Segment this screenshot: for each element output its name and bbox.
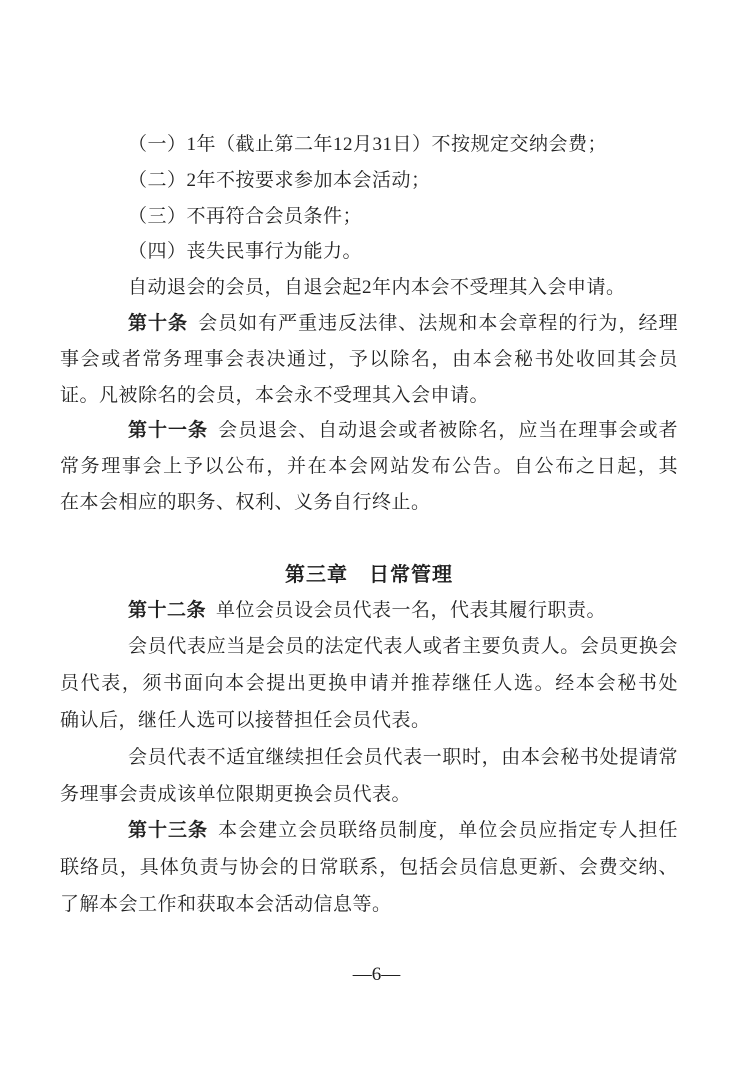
article-10-paragraph: 第十条会员如有严重违反法律、法规和本会章程的行为，经理 事会或者常务理事会表决通… <box>60 306 678 413</box>
clause-item-3: （三）不再符合会员条件； <box>60 199 678 235</box>
clause-item-2: （二）2年不按要求参加本会活动； <box>60 163 678 199</box>
text-line: 第十二条单位会员设会员代表一名，代表其履行职责。 <box>60 593 678 630</box>
article-10-term: 第十条 <box>128 313 188 334</box>
article-11-term: 第十一条 <box>128 420 208 441</box>
text-line: 在本会相应的职务、权利、义务自行终止。 <box>60 485 678 521</box>
section-daily-management: 第十二条单位会员设会员代表一名，代表其履行职责。 会员代表应当是会员的法定代表人… <box>60 593 678 924</box>
text-line: （三）不再符合会员条件； <box>60 199 678 235</box>
text-line: （四）丧失民事行为能力。 <box>60 234 678 270</box>
document-page: （一）1年（截止第二年12月31日）不按规定交纳会费； （二）2年不按要求参加本… <box>0 0 753 1065</box>
text-line: 常务理事会上予以公布，并在本会网站发布公告。自公布之日起，其 <box>60 449 678 485</box>
paragraph-member-representative: 会员代表应当是会员的法定代表人或者主要负责人。会员更换会 员代表，须书面向本会提… <box>60 629 678 739</box>
clause-item-1: （一）1年（截止第二年12月31日）不按规定交纳会费； <box>60 127 678 163</box>
text-line: 了解本会工作和获取本会活动信息等。 <box>60 887 678 924</box>
article-11-paragraph: 第十一条会员退会、自动退会或者被除名，应当在理事会或者 常务理事会上予以公布，并… <box>60 413 678 520</box>
text-line: （一）1年（截止第二年12月31日）不按规定交纳会费； <box>60 127 678 163</box>
chapter-3-heading: 第三章 日常管理 <box>60 557 678 593</box>
text-line: 自动退会的会员，自退会起2年内本会不受理其入会申请。 <box>60 270 678 306</box>
paragraph-representative-replacement: 会员代表不适宜继续担任会员代表一职时，由本会秘书处提请常 务理事会责成该单位限期… <box>60 740 678 814</box>
text-line: 会员代表应当是会员的法定代表人或者主要负责人。会员更换会 <box>60 629 678 666</box>
section-membership-termination: （一）1年（截止第二年12月31日）不按规定交纳会费； （二）2年不按要求参加本… <box>60 127 678 521</box>
text-line: （二）2年不按要求参加本会活动； <box>60 163 678 199</box>
text-line: 员代表，须书面向本会提出更换申请并推荐继任人选。经本会秘书处 <box>60 666 678 703</box>
text-line: 第十三条本会建立会员联络员制度，单位会员应指定专人担任 <box>60 813 678 850</box>
page-content: （一）1年（截止第二年12月31日）不按规定交纳会费； （二）2年不按要求参加本… <box>60 127 678 924</box>
page-number: —6— <box>0 957 753 993</box>
paragraph-auto-withdrawal: 自动退会的会员，自退会起2年内本会不受理其入会申请。 <box>60 270 678 306</box>
article-13-paragraph: 第十三条本会建立会员联络员制度，单位会员应指定专人担任 联络员，具体负责与协会的… <box>60 813 678 923</box>
text-line: 证。凡被除名的会员，本会永不受理其入会申请。 <box>60 378 678 414</box>
text-line: 事会或者常务理事会表决通过，予以除名，由本会秘书处收回其会员 <box>60 342 678 378</box>
article-13-term: 第十三条 <box>128 820 208 841</box>
text-line: 第十一条会员退会、自动退会或者被除名，应当在理事会或者 <box>60 413 678 449</box>
clause-item-4: （四）丧失民事行为能力。 <box>60 234 678 270</box>
article-10-text: 会员如有严重违反法律、法规和本会章程的行为，经理 <box>198 313 678 334</box>
text-line: 联络员，具体负责与协会的日常联系，包括会员信息更新、会费交纳、 <box>60 850 678 887</box>
article-11-text: 会员退会、自动退会或者被除名，应当在理事会或者 <box>218 420 678 441</box>
text-line: 务理事会责成该单位限期更换会员代表。 <box>60 777 678 814</box>
article-13-text: 本会建立会员联络员制度，单位会员应指定专人担任 <box>218 820 678 841</box>
article-12-text: 单位会员设会员代表一名，代表其履行职责。 <box>216 600 606 621</box>
article-12-paragraph: 第十二条单位会员设会员代表一名，代表其履行职责。 <box>60 593 678 630</box>
text-line: 第十条会员如有严重违反法律、法规和本会章程的行为，经理 <box>60 306 678 342</box>
text-line: 确认后，继任人选可以接替担任会员代表。 <box>60 703 678 740</box>
text-line: 会员代表不适宜继续担任会员代表一职时，由本会秘书处提请常 <box>60 740 678 777</box>
article-12-term: 第十二条 <box>128 600 206 621</box>
